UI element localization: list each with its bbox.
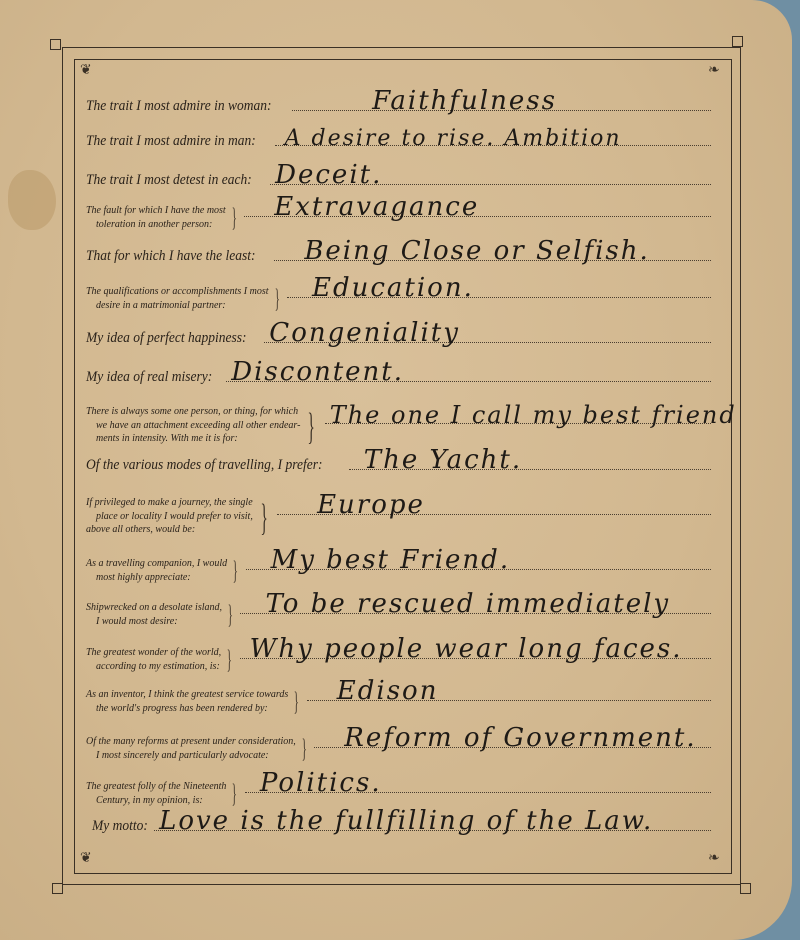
answer-line: Europe — [277, 513, 711, 515]
prompt: My idea of real misery: — [86, 369, 212, 386]
entry-inventor: As an inventor, I think the greatest ser… — [86, 688, 711, 715]
entry-perfect-happiness: My idea of perfect happiness: Congeniali… — [86, 330, 711, 347]
prompt: Of the many reforms at present under con… — [86, 735, 296, 762]
prompt: The trait I most admire in man: — [86, 133, 256, 150]
leaf-flourish-bottom-right-icon: ❧ — [708, 852, 720, 866]
leaf-flourish-top-left-icon: ❦ — [80, 64, 92, 78]
prompt: If privileged to make a journey, the sin… — [86, 496, 253, 537]
brace-icon: } — [308, 408, 315, 446]
handwritten-answer: Being Close or Selfish. — [304, 236, 649, 266]
entry-motto: My motto: Love is the fullfilling of the… — [86, 818, 711, 835]
brace-icon: } — [228, 602, 233, 628]
prompt: The greatest wonder of the world, accord… — [86, 646, 221, 673]
brace-icon: } — [260, 499, 267, 537]
entry-reforms: Of the many reforms at present under con… — [86, 735, 711, 762]
handwritten-answer: Extravagance — [274, 192, 479, 222]
answer-line: Politics. — [245, 791, 711, 793]
leaf-flourish-bottom-left-icon: ❦ — [80, 852, 92, 866]
entry-greatest-folly: The greatest folly of the Nineteenth Cen… — [86, 780, 711, 807]
handwritten-answer: The one I call my best friend — [330, 401, 737, 429]
brace-icon: } — [232, 781, 237, 807]
handwritten-answer: Edison — [337, 676, 439, 706]
corner-ornament-top-left-icon — [50, 39, 61, 50]
entry-travel-mode: Of the various modes of travelling, I pr… — [86, 457, 711, 474]
answer-line: Deceit. — [270, 183, 711, 185]
handwritten-answer: Love is the fullfilling of the Law. — [159, 806, 653, 836]
answer-line: Education. — [287, 296, 711, 298]
handwritten-answer: My best Friend. — [271, 545, 511, 575]
brace-icon: } — [294, 689, 299, 715]
entry-fault-toleration: The fault for which I have the most tole… — [86, 204, 711, 231]
corner-ornament-bottom-left-icon — [52, 883, 63, 894]
brace-icon: } — [274, 286, 279, 312]
answer-line: Edison — [307, 699, 711, 701]
entry-least-toleration: That for which I have the least: Being C… — [86, 248, 711, 265]
entry-admire-man: The trait I most admire in man: A desire… — [86, 133, 711, 150]
handwritten-answer: Discontent. — [231, 357, 404, 387]
leaf-flourish-top-right-icon: ❧ — [708, 64, 720, 78]
handwritten-answer: Why people wear long faces. — [250, 634, 683, 664]
prompt: There is always some one person, or thin… — [86, 405, 300, 446]
entry-real-misery: My idea of real misery: Discontent. — [86, 369, 711, 386]
answer-line: Being Close or Selfish. — [274, 259, 711, 261]
answer-line: The one I call my best friend — [325, 422, 711, 424]
brace-icon: } — [302, 736, 307, 762]
handwritten-answer: Politics. — [260, 768, 382, 798]
prompt: The greatest folly of the Nineteenth Cen… — [86, 780, 226, 807]
answer-line: The Yacht. — [349, 468, 711, 470]
answer-line: Love is the fullfilling of the Law. — [154, 829, 711, 831]
brace-icon: } — [227, 647, 232, 673]
entry-matrimonial: The qualifications or accomplishments I … — [86, 285, 711, 312]
handwritten-answer: Education. — [312, 273, 474, 303]
handwritten-answer: A desire to rise. Ambition — [285, 126, 622, 151]
answer-line: Faithfulness — [292, 109, 711, 111]
prompt: The trait I most detest in each: — [86, 172, 252, 189]
answer-line: My best Friend. — [246, 568, 711, 570]
prompt: My idea of perfect happiness: — [86, 330, 246, 347]
entry-journey: If privileged to make a journey, the sin… — [86, 496, 711, 537]
handwritten-answer: Reform of Government. — [344, 723, 696, 753]
water-stain — [8, 170, 56, 230]
handwritten-answer: Faithfulness — [372, 86, 557, 116]
corner-ornament-top-right-icon — [732, 36, 743, 47]
answer-line: Congeniality — [264, 341, 711, 343]
prompt: That for which I have the least: — [86, 248, 255, 265]
entry-attachment: There is always some one person, or thin… — [86, 405, 711, 446]
entry-shipwrecked: Shipwrecked on a desolate island, I woul… — [86, 601, 711, 628]
entry-admire-woman: The trait I most admire in woman: Faithf… — [86, 98, 711, 115]
answer-line: To be rescued immediately — [240, 612, 711, 614]
handwritten-answer: Europe — [317, 490, 425, 520]
prompt: My motto: — [92, 818, 148, 835]
handwritten-answer: To be rescued immediately — [265, 589, 670, 619]
answer-line: A desire to rise. Ambition — [275, 144, 711, 146]
prompt: The trait I most admire in woman: — [86, 98, 272, 115]
album-page: ❦ ❧ ❦ ❧ The trait I most admire in woman… — [0, 0, 792, 940]
answer-line: Extravagance — [244, 215, 711, 217]
corner-ornament-bottom-right-icon — [740, 883, 751, 894]
handwritten-answer: Deceit. — [275, 160, 382, 190]
prompt: Of the various modes of travelling, I pr… — [86, 457, 322, 474]
prompt: The qualifications or accomplishments I … — [86, 285, 269, 312]
prompt: As a travelling companion, I would most … — [86, 557, 227, 584]
entry-greatest-wonder: The greatest wonder of the world, accord… — [86, 646, 711, 673]
prompt: As an inventor, I think the greatest ser… — [86, 688, 288, 715]
handwritten-answer: The Yacht. — [364, 445, 522, 475]
handwritten-answer: Congeniality — [269, 318, 460, 348]
prompt: Shipwrecked on a desolate island, I woul… — [86, 601, 222, 628]
prompt: The fault for which I have the most tole… — [86, 204, 226, 231]
answer-line: Why people wear long faces. — [240, 657, 711, 659]
brace-icon: } — [231, 205, 236, 231]
answer-line: Discontent. — [226, 380, 711, 382]
answer-line: Reform of Government. — [314, 746, 711, 748]
brace-icon: } — [233, 558, 238, 584]
entry-travel-companion: As a travelling companion, I would most … — [86, 557, 711, 584]
entry-detest: The trait I most detest in each: Deceit. — [86, 172, 711, 189]
